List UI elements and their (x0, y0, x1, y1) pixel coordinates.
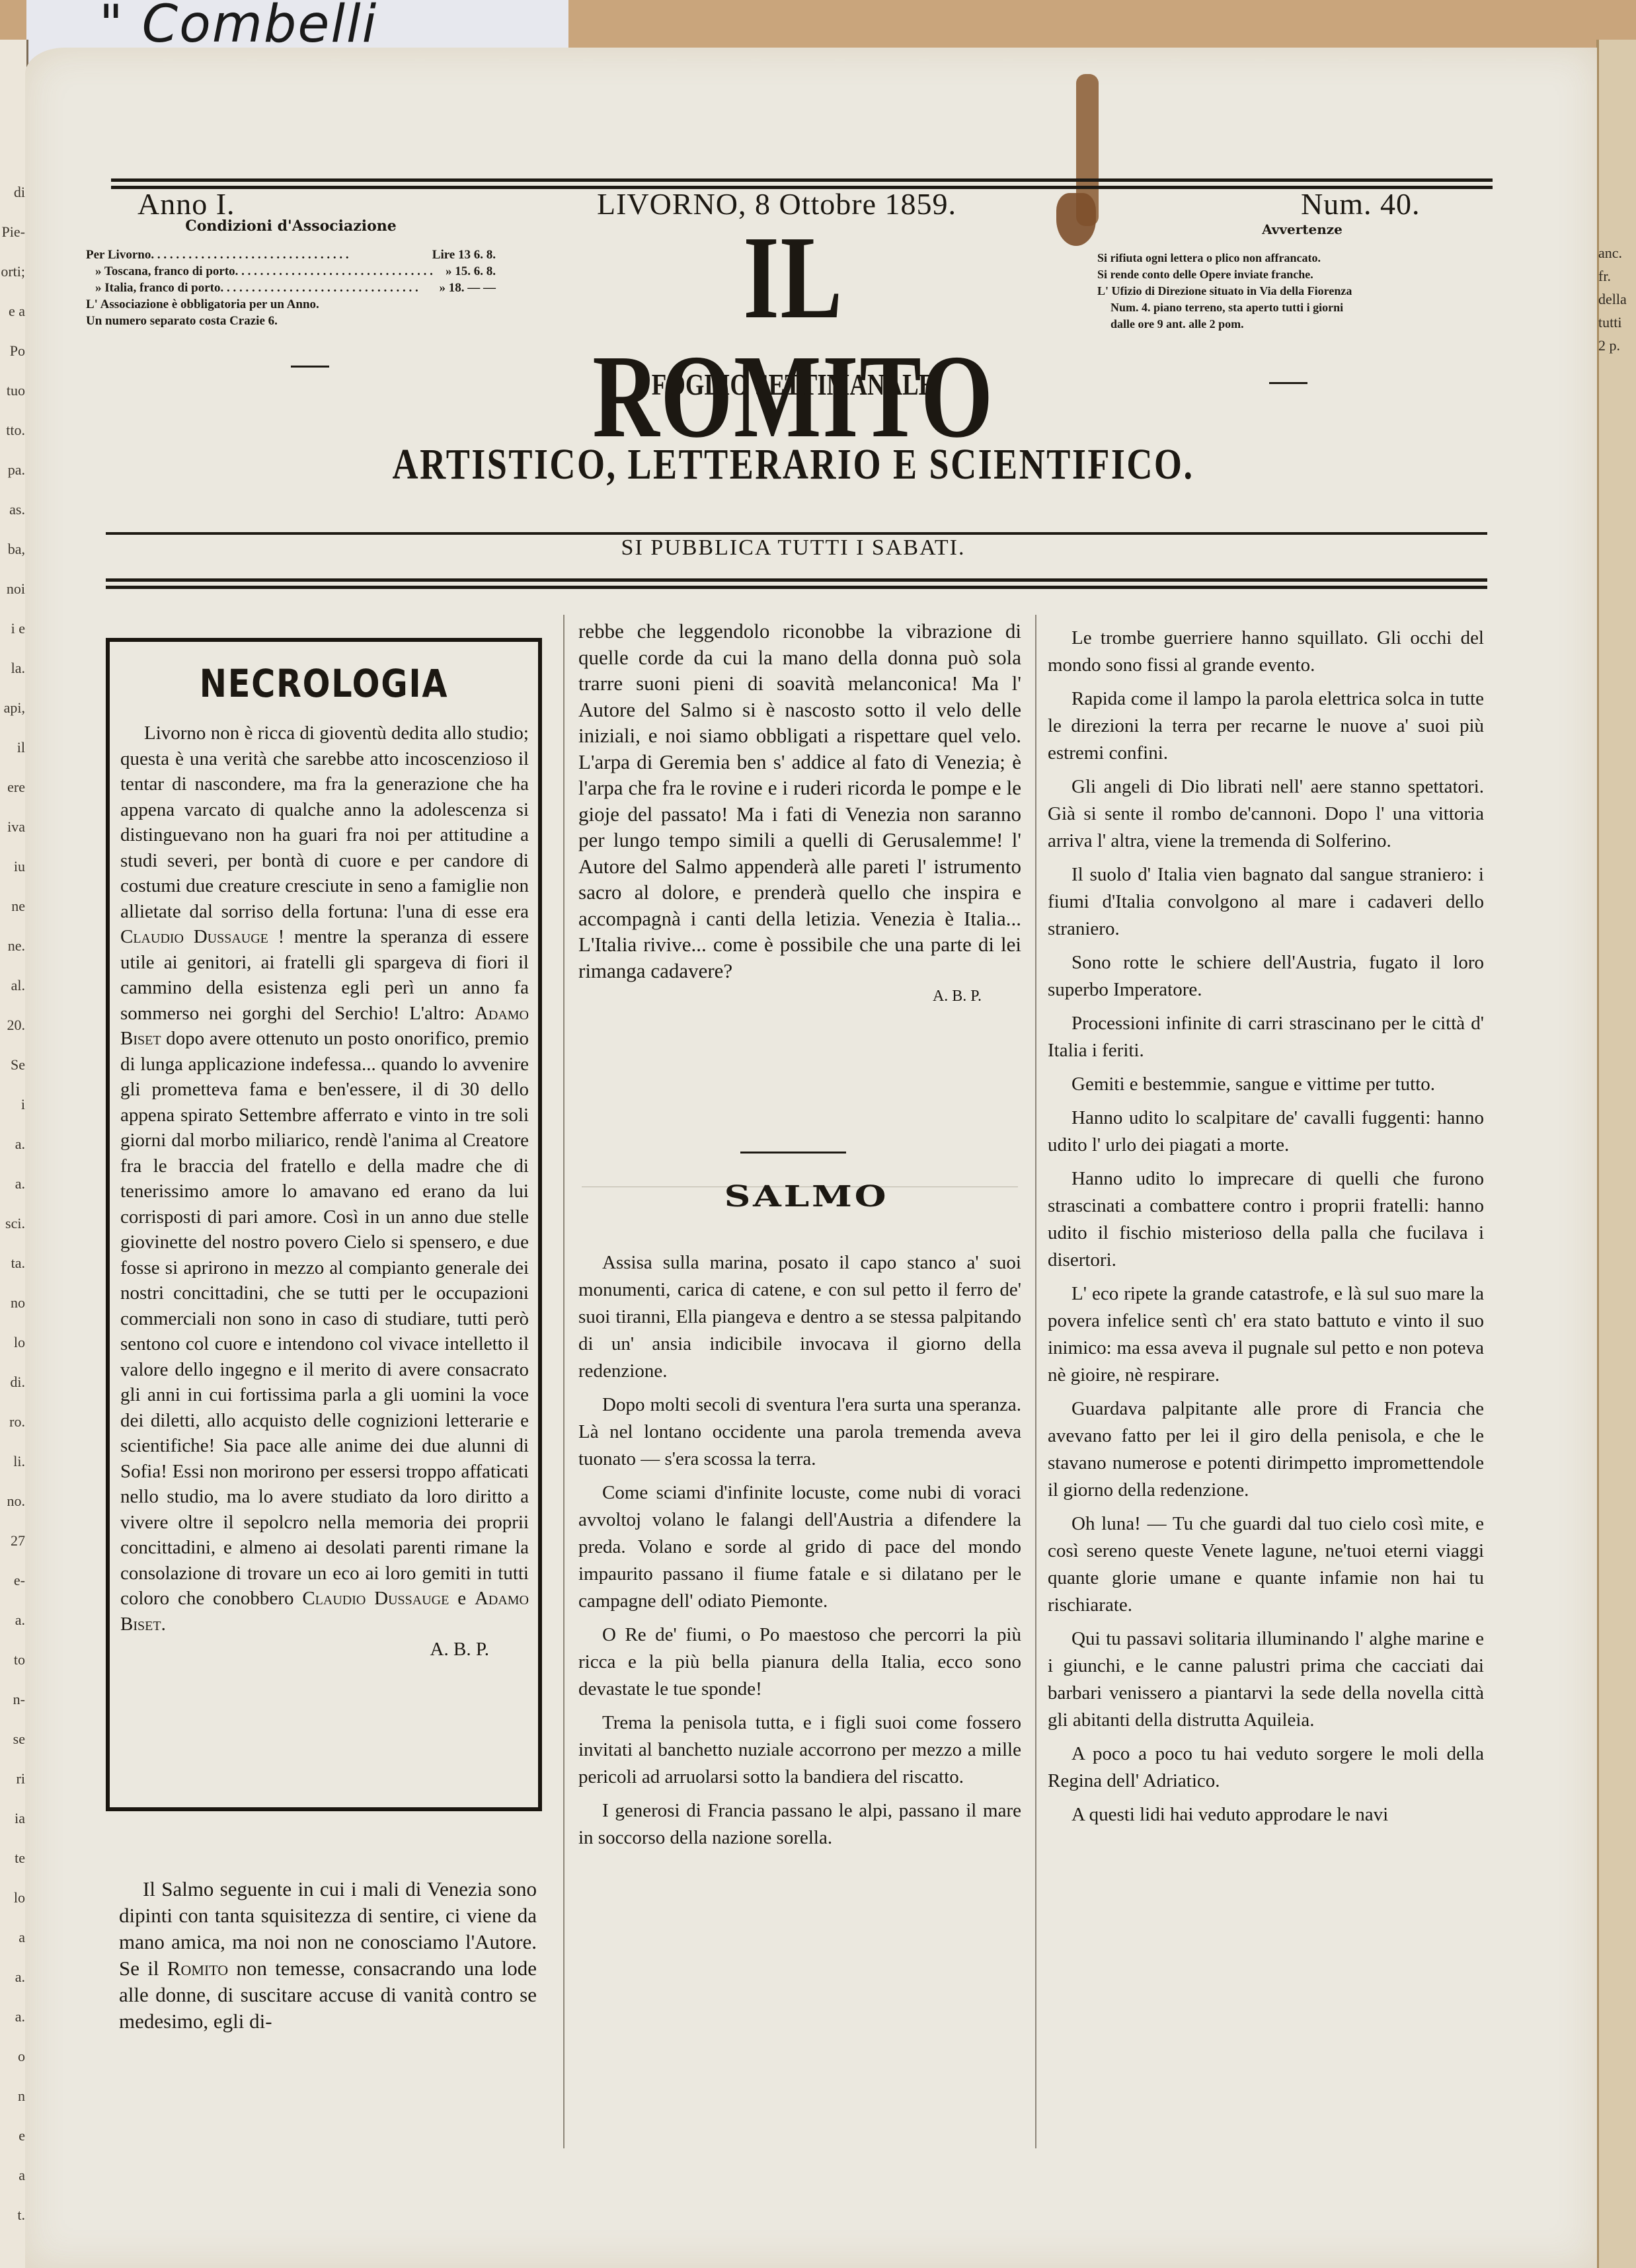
left-page-fragment: a. (15, 1137, 25, 1152)
subscription-row: Per Livorno Lire 13 6. 8. (86, 247, 496, 263)
left-page-fragment: noi (7, 582, 25, 596)
left-page-fragment: ia (15, 1811, 25, 1826)
left-page-fragment: li. (13, 1454, 25, 1469)
left-page-fragment: ro. (9, 1415, 25, 1429)
salmo-paragraph: A poco a poco tu hai veduto sorgere le m… (1048, 1740, 1484, 1795)
salmo-paragraph: I generosi di Francia passano le alpi, p… (578, 1797, 1021, 1852)
person-name: Claudio Dussauge (120, 926, 268, 947)
salmo-paragraph: L' eco ripete la grande catastrofe, e là… (1048, 1280, 1484, 1389)
salmo-introduction: Il Salmo seguente in cui i mali di Venez… (119, 1876, 537, 2035)
salmo-paragraph: O Re de' fiumi, o Po maestoso che percor… (578, 1622, 1021, 1703)
left-page-fragment: orti; (1, 264, 25, 279)
left-page-fragment: iva (7, 820, 25, 834)
salmo-paragraph: Guardava palpitante alle prore di Franci… (1048, 1395, 1484, 1504)
salmo-paragraph: Dopo molti secoli di sventura l'era surt… (578, 1391, 1021, 1473)
adjacent-left-page: diPie-orti;e aPotuotto.pa.as.ba,noii ela… (0, 40, 28, 2268)
left-page-fragment: e a (9, 304, 25, 319)
left-page-fragment: ne. (8, 939, 25, 953)
salmo-paragraph: Processioni infinite di carri strascinan… (1048, 1010, 1484, 1064)
header-double-rule (111, 178, 1493, 189)
left-page-fragment: e- (14, 1573, 25, 1588)
notices: Avvertenze Si rifiuta ogni lettera o pli… (1097, 221, 1507, 332)
left-page-fragment: ba, (8, 542, 25, 557)
left-page-fragment: Se (11, 1058, 25, 1072)
publication-note: SI PUBBLICA TUTTI I SABATI. (463, 535, 1124, 561)
notices-title: Avvertenze (1097, 221, 1507, 238)
notice-line: Si rende conto delle Opere inviate franc… (1097, 266, 1507, 283)
left-page-fragment: a. (15, 2010, 25, 2024)
notice-line: Num. 4. piano terreno, sta aperto tutti … (1097, 299, 1507, 316)
short-divider (291, 366, 329, 368)
left-page-fragment: a. (15, 1177, 25, 1191)
obituary-text: Livorno non è ricca di gioventù dedita a… (120, 721, 529, 1662)
left-page-fragment: di. (10, 1375, 25, 1389)
salmo-paragraph: Qui tu passavi solitaria illuminando l' … (1048, 1625, 1484, 1734)
person-name: Claudio Dussauge (302, 1588, 449, 1609)
left-page-fragment: 20. (7, 1018, 26, 1033)
left-page-fragment: e (19, 2129, 25, 2143)
subscription-row: » Italia, franco di porto » 18. — — (86, 280, 496, 296)
left-page-fragment: lo (14, 1335, 25, 1350)
salmo-paragraph: Gli angeli di Dio librati nell' aere sta… (1048, 773, 1484, 855)
left-page-fragment: Po (10, 344, 25, 358)
left-page-fragment: tuo (7, 383, 25, 398)
left-page-fragment: a (19, 1930, 25, 1945)
volume-label: Anno I. (137, 186, 235, 221)
masthead-subtitle: FOGLIO SETTIMANALE (561, 367, 1026, 402)
salmo-paragraph: Assisa sulla marina, posato il capo stan… (578, 1249, 1021, 1385)
left-page-fragment: t. (17, 2208, 25, 2222)
salmo-introduction-continued: rebbe che leggendolo riconobbe la vibraz… (578, 618, 1021, 1010)
right-page-fragment: anc. (1598, 241, 1622, 264)
left-page-fragment: n (18, 2089, 25, 2103)
subscription-note: L' Associazione è obbligatoria per un An… (86, 296, 496, 313)
left-page-fragment: to (14, 1653, 25, 1667)
left-page-fragment: sci. (5, 1216, 25, 1231)
left-page-fragment: n- (13, 1692, 25, 1707)
notice-line: L' Ufizio di Direzione situato in Via de… (1097, 283, 1507, 299)
left-page-fragment: lo (14, 1891, 25, 1905)
newspaper-name: Romito (167, 1957, 228, 1980)
left-page-fragment: se (13, 1732, 25, 1746)
left-page-fragment: api, (4, 701, 25, 715)
salmo-paragraph: Le trombe guerriere hanno squillato. Gli… (1048, 625, 1484, 679)
salmo-paragraph: A questi lidi hai veduto approdare le na… (1048, 1801, 1484, 1828)
left-page-fragment: a. (15, 1613, 25, 1627)
left-page-fragment: ne (11, 899, 25, 914)
short-divider (1269, 382, 1307, 384)
salmo-text-right: Le trombe guerriere hanno squillato. Gli… (1048, 618, 1484, 1828)
left-page-fragment: iu (14, 859, 25, 874)
left-page-fragment: no (11, 1296, 25, 1310)
salmo-paragraph: Sono rotte le schiere dell'Austria, fuga… (1048, 949, 1484, 1003)
left-page-fragment: il (17, 740, 25, 755)
right-page-fragment: della (1598, 288, 1627, 311)
left-page-fragment: al. (11, 978, 25, 993)
adjacent-right-page (1596, 40, 1636, 2268)
subscription-row: » Toscana, franco di porto » 15. 6. 8. (86, 263, 496, 280)
obituary-signature: A. B. P. (120, 1637, 529, 1662)
left-page-fragment: ri (17, 1772, 25, 1786)
left-page-fragment: tto. (6, 423, 25, 438)
issue-number: Num. 40. (1301, 186, 1421, 221)
masthead-double-rule (106, 578, 1487, 589)
left-page-fragment: o (18, 2049, 25, 2064)
salmo-text-middle: Assisa sulla marina, posato il capo stan… (578, 1243, 1021, 1852)
right-page-fragment: 2 p. (1598, 334, 1620, 357)
obituary-title: NECROLOGIA (139, 661, 510, 706)
salmo-paragraph: Rapida come il lampo la parola elettrica… (1048, 685, 1484, 767)
subscription-note: Un numero separato costa Crazie 6. (86, 313, 496, 329)
masthead-title: IL ROMITO (566, 218, 1020, 456)
left-page-fragment: as. (9, 502, 25, 517)
left-page-fragment: no. (7, 1494, 26, 1508)
left-page-fragment: ere (7, 780, 25, 795)
left-page-fragment: di (14, 185, 25, 200)
left-page-fragment: Pie- (2, 225, 25, 239)
right-page-fragment: fr. (1598, 264, 1611, 288)
left-page-fragment: la. (11, 661, 25, 676)
masthead-rule (106, 532, 1487, 535)
salmo-paragraph: Gemiti e bestemmie, sangue e vittime per… (1048, 1071, 1484, 1098)
subscription-conditions: Condizioni d'Associazione Per Livorno Li… (86, 218, 496, 329)
section-divider (740, 1152, 846, 1154)
left-page-fragment: te (15, 1851, 25, 1865)
column-divider (563, 615, 565, 2148)
subscription-title: Condizioni d'Associazione (86, 218, 496, 235)
left-page-fragment: 27 (11, 1534, 25, 1548)
left-page-fragment: a. (15, 1970, 25, 1984)
masthead-tagline: ARTISTICO, LETTERARIO E SCIENTIFICO. (305, 440, 1281, 490)
salmo-paragraph: Come sciami d'infinite locuste, come nub… (578, 1479, 1021, 1615)
handwritten-label-text: " Combelli (99, 0, 377, 54)
notice-line: Si rifiuta ogni lettera o plico non affr… (1097, 250, 1507, 266)
left-page-fragment: i e (11, 621, 25, 636)
column-divider (1035, 615, 1036, 2148)
salmo-paragraph: Trema la penisola tutta, e i figli suoi … (578, 1709, 1021, 1791)
salmo-paragraph: Il suolo d' Italia vien bagnato dal sang… (1048, 861, 1484, 943)
salmo-paragraph: Oh luna! — Tu che guardi dal tuo cielo c… (1048, 1510, 1484, 1619)
notice-line: dalle ore 9 ant. alle 2 pom. (1097, 316, 1507, 332)
salmo-title: SALMO (526, 1180, 1087, 1214)
introduction-signature: A. B. P. (578, 984, 1021, 1010)
brown-stain-drop (1056, 193, 1096, 246)
salmo-paragraph: Hanno udito lo imprecare di quelli che f… (1048, 1165, 1484, 1274)
right-page-fragment: tutti (1598, 311, 1621, 334)
left-page-fragment: pa. (8, 463, 25, 477)
left-page-fragment: a (19, 2168, 25, 2183)
left-page-fragment: ta. (11, 1256, 25, 1271)
salmo-paragraph: Hanno udito lo scalpitare de' cavalli fu… (1048, 1105, 1484, 1159)
